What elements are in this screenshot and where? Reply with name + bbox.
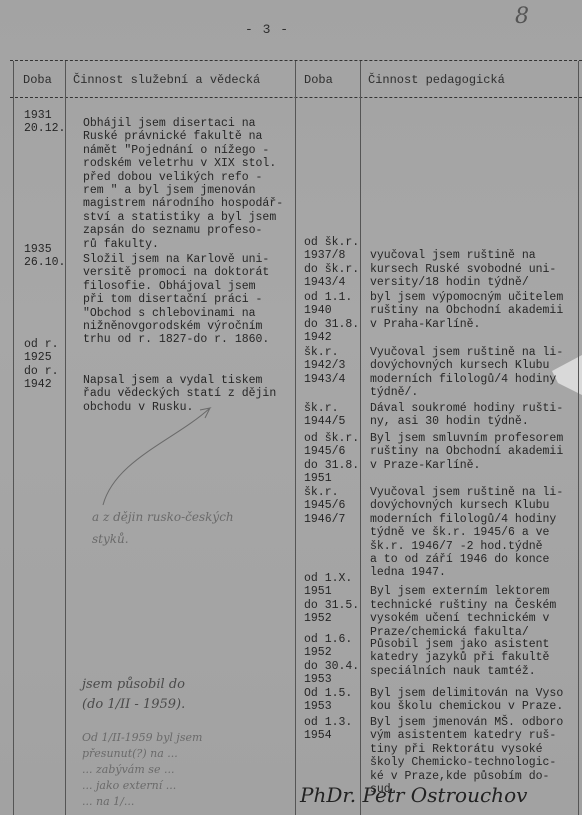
teaching-date-10: od 1.3. 1954 <box>304 716 352 743</box>
service-text-1: Obhájil jsem disertaci na Ruské právnick… <box>83 117 283 251</box>
handwritten-note-pencil: Od 1/II-1959 byl jsem přesunut(?) na ...… <box>82 730 202 810</box>
teaching-date-1: od šk.r. 1937/8 do šk.r. 1943/4 <box>304 236 359 290</box>
column-divider-1 <box>65 61 66 815</box>
service-date-1: 1931 20.12. <box>24 109 65 136</box>
teaching-date-8: od 1.6. 1952 do 30.4. 1953 <box>304 633 359 687</box>
header-bottom-rule <box>10 97 582 98</box>
header-teaching-activity: Činnost pedagogická <box>368 73 505 87</box>
table-left-border <box>13 61 14 815</box>
teaching-text-1: vyučoval jsem ruštině na kursech Ruské s… <box>370 236 556 290</box>
teaching-text-9: Byl jsem delimitován na Vyso kou školu c… <box>370 687 563 714</box>
column-divider-2 <box>295 61 296 815</box>
header-doba-teaching: Doba <box>304 73 333 87</box>
teaching-date-2: od 1.1. 1940 do 31.8. 1942 <box>304 291 359 345</box>
table-top-rule <box>10 60 582 61</box>
teaching-date-7: od 1.X. 1951 do 31.5. 1952 <box>304 572 359 626</box>
teaching-date-6: šk.r. 1945/6 1946/7 <box>304 486 345 526</box>
header-doba-service: Doba <box>23 73 52 87</box>
service-date-3: od r. 1925 do r. 1942 <box>24 338 59 392</box>
teaching-date-4: šk.r. 1944/5 <box>304 402 345 429</box>
handwritten-arrow-icon <box>95 400 215 510</box>
folio-number: 8 <box>515 4 529 29</box>
teaching-text-3: Vyučoval jsem ruštině na li- dovýchovnýc… <box>370 346 563 400</box>
document-page: - 3 - 8 Doba Činnost služební a vědecká … <box>0 0 582 815</box>
handwritten-note-correction: jsem působil do (do 1/II - 1959). <box>82 675 185 715</box>
table-right-border <box>578 61 579 815</box>
signature: PhDr. Petr Ostrouchov <box>300 783 527 807</box>
page-number: - 3 - <box>245 22 289 37</box>
service-date-2: 1935 26.10. <box>24 243 65 270</box>
teaching-text-2: byl jsem výpomocným učitelem ruštiny na … <box>370 291 563 331</box>
header-service-activity: Činnost služební a vědecká <box>73 73 260 87</box>
teaching-text-4: Dával soukromé hodiny rušti- ny, asi 30 … <box>370 402 563 429</box>
service-text-2: Složil jsem na Karlově uni- versitě prom… <box>83 253 269 347</box>
teaching-text-7: Byl jsem externím lektorem technické ruš… <box>370 572 556 639</box>
handwritten-note-addition: a z dějin rusko-českých styků. <box>92 506 234 550</box>
teaching-text-8: Působil jsem jako asistent katedry jazyk… <box>370 638 549 678</box>
teaching-text-6: Vyučoval jsem ruštině na li- dovýchovnýc… <box>370 486 563 580</box>
teaching-date-3: šk.r. 1942/3 1943/4 <box>304 346 345 386</box>
teaching-text-5: Byl jsem smluvním profesorem ruštiny na … <box>370 432 563 472</box>
teaching-date-9: Od 1.5. 1953 <box>304 687 352 714</box>
column-divider-3 <box>360 61 361 815</box>
teaching-date-5: od šk.r. 1945/6 do 31.8. 1951 <box>304 432 359 486</box>
